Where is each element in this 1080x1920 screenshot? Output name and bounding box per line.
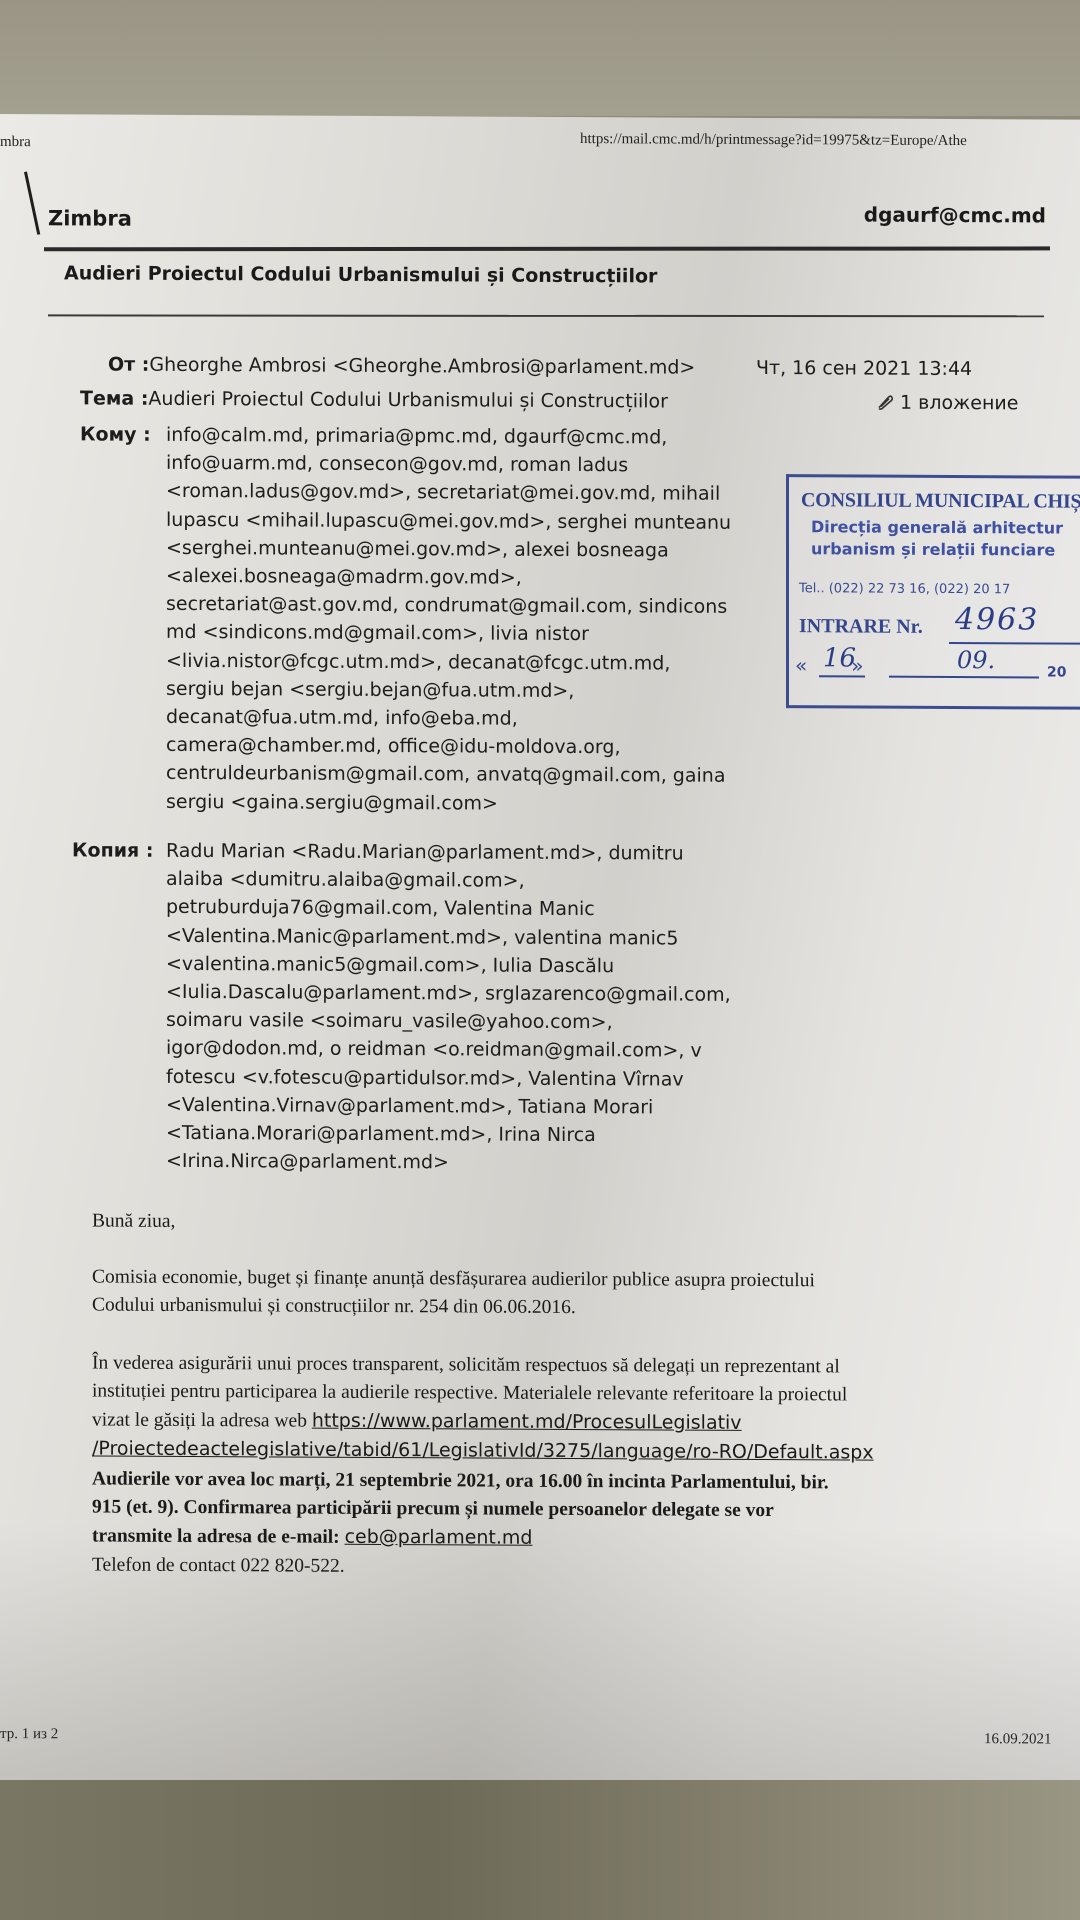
zimbra-header: Zimbra dgaurf@cmc.md (24, 172, 1054, 257)
address-line: <Valentina.Manic@parlament.md>, valentin… (166, 921, 786, 952)
address-line: info@uarm.md, consecon@gov.md, roman lad… (166, 449, 786, 480)
background-wall-top (0, 0, 1080, 116)
stamp-intrare-label: INTRARE Nr. (799, 615, 923, 639)
to-label-text: Кому : (80, 420, 151, 448)
address-line: centruldeurbanism@gmail.com, anvatq@gmai… (166, 759, 786, 790)
brand-slash-decoration (24, 172, 40, 235)
subject-label: Тема : (80, 384, 148, 412)
header-divider (44, 246, 1050, 251)
paragraph-line: /Proiectedeactelegislative/tabid/61/Legi… (92, 1434, 1032, 1468)
address-line: sergiu <gaina.sergiu@gmail.com> (166, 788, 786, 819)
stamp-month: 09. (957, 646, 995, 674)
address-line: Radu Marian <Radu.Marian@parlament.md>, … (166, 837, 786, 868)
greeting: Bună ziua, (92, 1207, 1032, 1240)
link-prefix: vizat le găsiți la adresa web (92, 1409, 312, 1431)
stamp-month-underline (889, 676, 1039, 679)
subject-value: Audieri Proiectul Codului Urbanismului ș… (148, 388, 668, 413)
stamp-department-line2: urbanism și relații funciare (811, 539, 1055, 559)
legislation-link-continued[interactable]: /Proiectedeactelegislative/tabid/61/Legi… (92, 1437, 874, 1463)
zimbra-logo-text: Zimbra (48, 206, 132, 230)
title-divider (48, 314, 1044, 317)
print-app-name: mbra (0, 134, 31, 151)
print-date: 16.09.2021 (984, 1731, 1052, 1748)
stamp-day-underline (819, 675, 865, 677)
contact-phone: Telefon de contact 022 820-522. (92, 1551, 1032, 1584)
print-url: https://mail.cmc.md/h/printmessage?id=19… (580, 131, 967, 150)
from-row: От :Gheorghe Ambrosi <Gheorghe.Ambrosi@p… (108, 351, 695, 382)
stamp-entry-number: 4963 (955, 602, 1039, 637)
address-line: <Tatiana.Morari@parlament.md>, Irina Nir… (166, 1119, 786, 1150)
stamp-day: 16 (823, 643, 856, 673)
stamp-number-underline (949, 642, 1080, 645)
stamp-phone: Tel.. (022) 22 73 16, (022) 20 17 (799, 581, 1010, 597)
registration-stamp: CONSILIUL MUNICIPAL CHIȘIN Direcția gene… (786, 474, 1080, 710)
to-recipients: info@calm.md, primaria@pmc.md, dgaurf@cm… (166, 421, 786, 819)
to-label: Кому : (80, 420, 151, 448)
address-line: <serghei.munteanu@mei.gov.md>, alexei bo… (166, 534, 786, 565)
sent-date: Чт, 16 сен 2021 13:44 (756, 354, 972, 383)
address-line: sergiu bejan <sergiu.bejan@fua.utm.md>, (166, 675, 786, 706)
address-line: <Valentina.Virnav@parlament.md>, Tatiana… (166, 1091, 786, 1122)
stamp-department-line1: Direcția generală arhitectur (811, 517, 1063, 537)
stamp-quote-open: « (795, 653, 807, 677)
from-value: Gheorghe Ambrosi <Gheorghe.Ambrosi@parla… (149, 354, 695, 379)
from-label: От : (108, 351, 149, 379)
address-line: secretariat@ast.gov.md, condrumat@gmail.… (166, 590, 786, 621)
cc-label: Копия : (72, 836, 153, 864)
stamp-institution: CONSILIUL MUNICIPAL CHIȘIN (801, 489, 1080, 514)
account-email: dgaurf@cmc.md (864, 203, 1046, 228)
background-surface-bottom (0, 1780, 1080, 1920)
email-prefix: transmite la adresa de e-mail: (92, 1525, 345, 1547)
address-line: igor@dodon.md, o reidman <o.reidman@gmai… (166, 1034, 786, 1065)
address-line: alaiba <dumitru.alaiba@gmail.com>, (166, 865, 786, 896)
address-line: decanat@fua.utm.md, info@eba.md, (166, 703, 786, 734)
address-line: fotescu <v.fotescu@partidulsor.md>, Vale… (166, 1062, 786, 1093)
printed-email-page: mbra https://mail.cmc.md/h/printmessage?… (0, 114, 1080, 1788)
stamp-year-prefix: 20 (1047, 664, 1066, 680)
body-paragraph-2: În vederea asigurării unui proces transp… (92, 1349, 1032, 1468)
page-title: Audieri Proiectul Codului Urbanismului ș… (64, 262, 657, 287)
address-line: <valentina.manic5@gmail.com>, Iulia Dasc… (166, 950, 786, 981)
address-line: <roman.ladus@gov.md>, secretariat@mei.go… (166, 477, 786, 508)
address-line: lupascu <mihail.lupascu@mei.gov.md>, ser… (166, 505, 786, 536)
address-line: <livia.nistor@fcgc.utm.md>, decanat@fcgc… (166, 646, 786, 677)
legislation-link[interactable]: https://www.parlament.md/ProcesulLegisla… (312, 1410, 742, 1434)
page-number: тр. 1 из 2 (0, 1726, 58, 1743)
address-line: info@calm.md, primaria@pmc.md, dgaurf@cm… (166, 421, 786, 452)
body-paragraph-1: Comisia economie, buget și finanțe anunț… (92, 1263, 1032, 1324)
attachment-count: 1 вложение (900, 392, 1018, 415)
cc-recipients: Radu Marian <Radu.Marian@parlament.md>, … (166, 837, 786, 1179)
address-line: md <sindicons.md@gmail.com>, livia nisto… (166, 618, 786, 649)
paperclip-icon (876, 392, 900, 414)
address-line: petruburduja76@gmail.com, Valentina Mani… (166, 893, 786, 924)
address-line: <Irina.Nirca@parlament.md> (166, 1147, 786, 1178)
address-line: Codului urbanismului și construcțiilor n… (92, 1291, 1032, 1324)
address-line: <alexei.bosneaga@madrm.gov.md>, (166, 562, 786, 593)
body-paragraph-3: Audierile vor avea loc marți, 21 septemb… (92, 1465, 1032, 1555)
subject-row: Тема :Audieri Proiectul Codului Urbanism… (80, 384, 668, 415)
print-header: mbra https://mail.cmc.md/h/printmessage?… (0, 128, 1080, 158)
address-line: soimaru vasile <soimaru_vasile@yahoo.com… (166, 1006, 786, 1037)
paragraph-line: transmite la adresa de e-mail: ceb@parla… (92, 1521, 1032, 1555)
contact-email-link[interactable]: ceb@parlament.md (345, 1526, 533, 1549)
cc-label-text: Копия : (72, 836, 153, 864)
attachment-indicator: 1 вложение (876, 389, 1018, 418)
address-line: <Iulia.Dascalu@parlament.md>, srglazaren… (166, 978, 786, 1009)
address-line: camera@chamber.md, office@idu-moldova.or… (166, 731, 786, 762)
